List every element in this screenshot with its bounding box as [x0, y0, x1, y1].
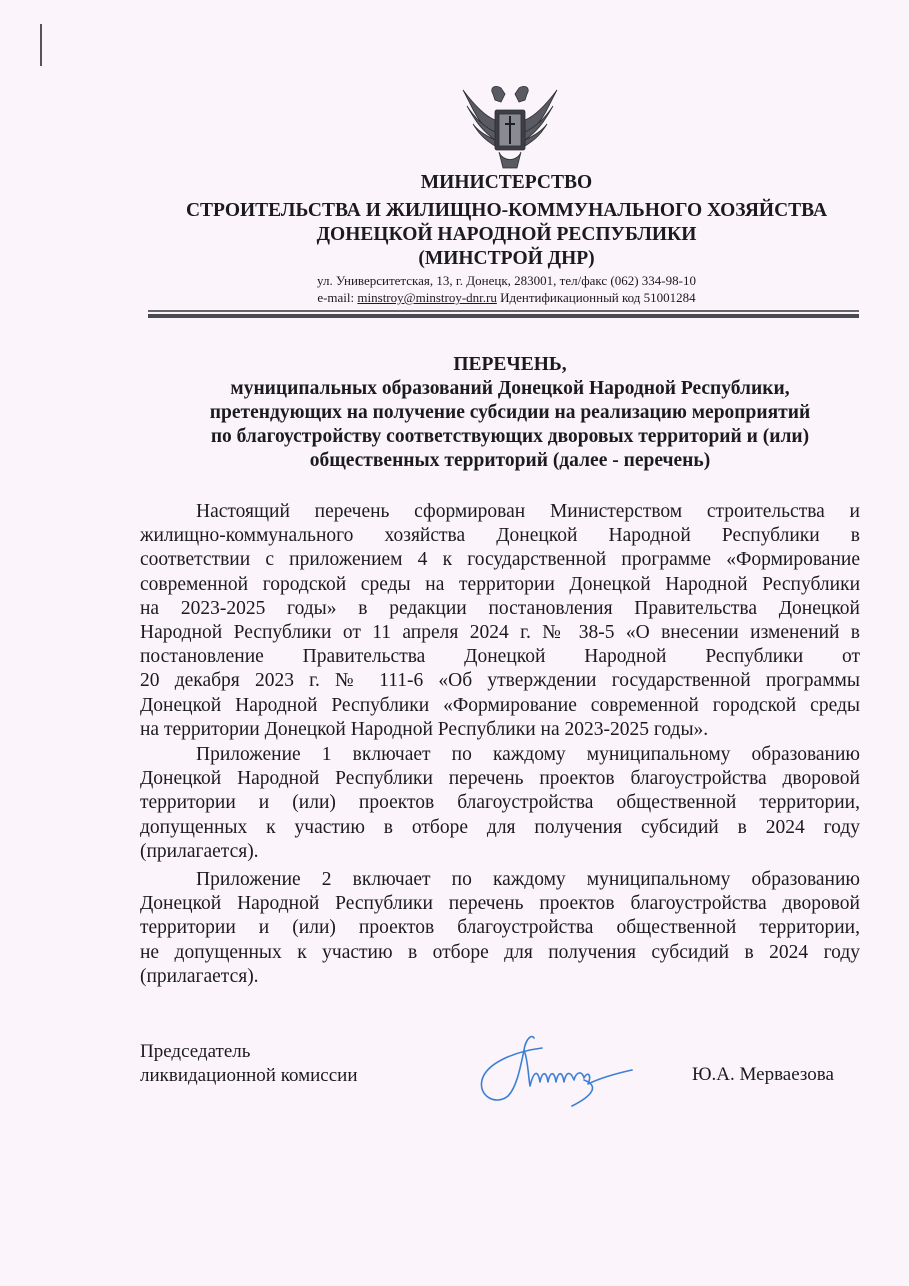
paragraph-2: Приложение 1 включает по каждому муницип…	[140, 743, 860, 864]
paragraph-3: Приложение 2 включает по каждому муницип…	[140, 868, 860, 989]
coat-of-arms-icon	[455, 80, 565, 176]
text-line: допущенных к участию в отборе для получе…	[140, 816, 860, 840]
text-line: соответствии с приложением 4 к государст…	[140, 548, 860, 572]
position-line: ликвидационной комиссии	[140, 1064, 358, 1088]
text-line: (прилагается).	[140, 965, 860, 989]
signatory-name: Ю.А. Мерваезова	[692, 1064, 834, 1086]
text-line: Донецкой Народной Республики «Формирован…	[140, 694, 860, 718]
email-link[interactable]: minstroy@minstroy-dnr.ru	[357, 290, 496, 305]
text-line: территории и (или) проектов благоустройс…	[140, 791, 860, 815]
title-line: по благоустройству соответствующих дворо…	[160, 425, 860, 449]
text-line: не допущенных к участию в отборе для пол…	[140, 941, 860, 965]
signatory-position: Председатель ликвидационной комиссии	[140, 1040, 358, 1088]
letterhead-divider-thick	[148, 314, 859, 318]
text-line: Приложение 2 включает по каждому муницип…	[140, 868, 860, 892]
title-line: общественных территорий (далее - перечен…	[160, 449, 860, 473]
ministry-address: ул. Университетская, 13, г. Донецк, 2830…	[0, 273, 909, 289]
ministry-name-line3: ДОНЕЦКОЙ НАРОДНОЙ РЕСПУБЛИКИ	[0, 224, 909, 246]
text-line: на территории Донецкой Народной Республи…	[140, 718, 860, 742]
ministry-name-line1: МИНИСТЕРСТВО	[0, 172, 909, 194]
document-title: ПЕРЕЧЕНЬ, муниципальных образований Доне…	[160, 353, 860, 473]
text-line: территории и (или) проектов благоустройс…	[140, 916, 860, 940]
id-code: Идентификационный код 51001284	[497, 290, 696, 305]
paragraph-1: Настоящий перечень сформирован Министерс…	[140, 500, 860, 742]
scan-artifact-mark	[40, 24, 42, 66]
document-page: МИНИСТЕРСТВО СТРОИТЕЛЬСТВА И ЖИЛИЩНО-КОМ…	[0, 0, 909, 1286]
text-line: постановление Правительства Донецкой Нар…	[140, 645, 860, 669]
handwritten-signature-icon	[472, 1030, 652, 1110]
title-line: ПЕРЕЧЕНЬ,	[160, 353, 860, 377]
text-line: 20 декабря 2023 г. № 111-6 «Об утвержден…	[140, 669, 860, 693]
text-line: на 2023-2025 годы» в редакции постановле…	[140, 597, 860, 621]
title-line: претендующих на получение субсидии на ре…	[160, 401, 860, 425]
text-line: Приложение 1 включает по каждому муницип…	[140, 743, 860, 767]
ministry-contacts: e-mail: minstroy@minstroy-dnr.ru Идентиф…	[0, 290, 909, 306]
text-line: Настоящий перечень сформирован Министерс…	[140, 500, 860, 524]
ministry-name-line2: СТРОИТЕЛЬСТВА И ЖИЛИЩНО-КОММУНАЛЬНОГО ХО…	[0, 200, 909, 222]
text-line: жилищно-коммунального хозяйства Донецкой…	[140, 524, 860, 548]
position-line: Председатель	[140, 1040, 358, 1064]
text-line: Донецкой Народной Республики перечень пр…	[140, 767, 860, 791]
text-line: Народной Республики от 11 апреля 2024 г.…	[140, 621, 860, 645]
text-line: Донецкой Народной Республики перечень пр…	[140, 892, 860, 916]
text-line: (прилагается).	[140, 840, 860, 864]
title-line: муниципальных образований Донецкой Народ…	[160, 377, 860, 401]
text-line: современной городской среды на территори…	[140, 573, 860, 597]
email-prefix: e-mail:	[317, 290, 357, 305]
ministry-abbreviation: (МИНСТРОЙ ДНР)	[0, 248, 909, 270]
letterhead-divider-thin	[148, 310, 859, 312]
